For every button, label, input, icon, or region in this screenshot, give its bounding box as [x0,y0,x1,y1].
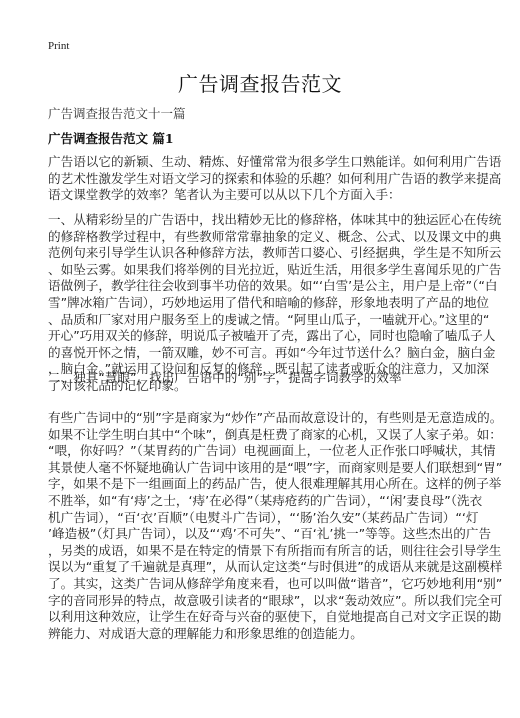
text-line: 字的音同形异的特点，故意吸引读者的“眼球”，以求“轰动效应”。所以我们完全可 [48,593,488,610]
text-line: ，另类的成语，如果不是在特定的情景下有所指而有所言的话，则往往会引导学生 [48,543,488,560]
text-line: 、品质和厂家对用户服务至上的虔诚之情。“阿里山瓜子，一嗑就开心。”这里的“ [48,312,488,329]
text-line: 不胜举，如“有‘痔’之士，‘痔’在必得”（某痔疮药的广告词），“‘闲’妻良母”（… [48,493,488,510]
document-page: Print 广告调查报告范文 广告调查报告范文十一篇 广告调查报告范文 篇1 广… [0,0,520,718]
text-line: 的艺术性激发学生对语文学习的探索和体验的乐趣？如何利用广告语的教学来提高 [48,171,488,188]
text-line: 如果不让学生明白其中“个味”，倒真是枉费了商家的心机，又误了人家子弟。如： [48,427,488,444]
text-line: 以利用这种效应，让学生在好奇与兴奋的驱使下，自觉地提高自己对文字正误的勘 [48,609,488,626]
text-line: 有些广告词中的“别”字是商家为“炒作”产品而故意设计的，有些则是无意造成的。 [48,410,488,427]
paragraph-rhetoric: 一、从精彩纷呈的广告语中，找出精妙无比的修辞格，体味其中的独运匠心在传统 的修辞… [48,212,488,395]
document-subtitle: 广告调查报告范文十一篇 [48,104,186,122]
section-heading: 广告调查报告范文 篇1 [48,129,174,147]
paragraph-typos: 有些广告词中的“别”字是商家为“炒作”产品而故意设计的，有些则是无意造成的。 如… [48,410,488,642]
text-line: 语做例子，教学往往会收到事半功倍的效果。如“‘白雪’是公主，用户是上帝”（“白 [48,278,488,295]
text-line: 广告语以它的新颖、生动、精炼、好懂常常为很多学生口熟能详。如何利用广告语 [48,154,488,171]
text-line: 范例句来引导学生认识各种修辞方法，教师苦口婆心、引经据典，学生是不知所云 [48,245,488,262]
text-line: 开心”巧用双关的修辞，明说瓜子被嗑开了壳，露出了心，同时也隐喻了嗑瓜子人 [48,328,488,345]
text-line: 机广告词），“百‘衣’百顺”（电熨斗广告词），“‘肠’治久安”（某药品广告词）“… [48,510,488,527]
text-line: 其景使人毫不怀疑地确认广告词中该用的是“喂”字，而商家则是要人们联想到“胃” [48,460,488,477]
text-line: 二、独具“慧眼”，找出广告语中的“别”字，提高字词教学的效率 [48,370,488,387]
text-line: ’峰造极”（灯具广告词），以及“‘鸡’不可失”、“百‘礼’挑一”等等。这些杰出的… [48,526,488,543]
text-line: 误以为“重复了千遍就是真理”，从而认定这类“与时俱进”的成语从来就是这副模样 [48,559,488,576]
document-title: 广告调查报告范文 [0,68,520,97]
text-line: 辨能力、对成语大意的理解能力和形象思维的创造能力。 [48,626,488,643]
text-line: “喂，你好吗？”（某胃药的广告词）电视画面上，一位老人正作张口呼喊状，其情 [48,443,488,460]
text-line: 的修辞格教学过程中，有些教师常常靠抽象的定义、概念、公式、以及课文中的典 [48,229,488,246]
text-line: 了。其实，这类广告词从修辞学角度来看，也可以叫做“谐音”，它巧妙地利用“别” [48,576,488,593]
text-line: 雪”牌冰箱广告词），巧妙地运用了借代和暗喻的修辞，形象地表明了产品的地位 [48,295,488,312]
text-line: 、如坠云雾。如果我们将举例的目光拉近，贴近生活，用很多学生喜闻乐见的广告 [48,262,488,279]
print-label: Print [48,40,69,52]
paragraph-subheading-two: 二、独具“慧眼”，找出广告语中的“别”字，提高字词教学的效率 [48,370,488,387]
text-line: 的喜悦开怀之情，一箭双雕，妙不可言。再如“今年过节送什么？脑白金，脑白金 [48,345,488,362]
text-line: 语文课堂教学的效率？笔者认为主要可以从以下几个方面入手： [48,187,488,204]
paragraph-intro: 广告语以它的新颖、生动、精炼、好懂常常为很多学生口熟能详。如何利用广告语 的艺术… [48,154,488,204]
text-line: 字，如果不是下一组画面上的药品广告，使人很难理解其用心所在。这样的例子举 [48,476,488,493]
text-line: 一、从精彩纷呈的广告语中，找出精妙无比的修辞格，体味其中的独运匠心在传统 [48,212,488,229]
